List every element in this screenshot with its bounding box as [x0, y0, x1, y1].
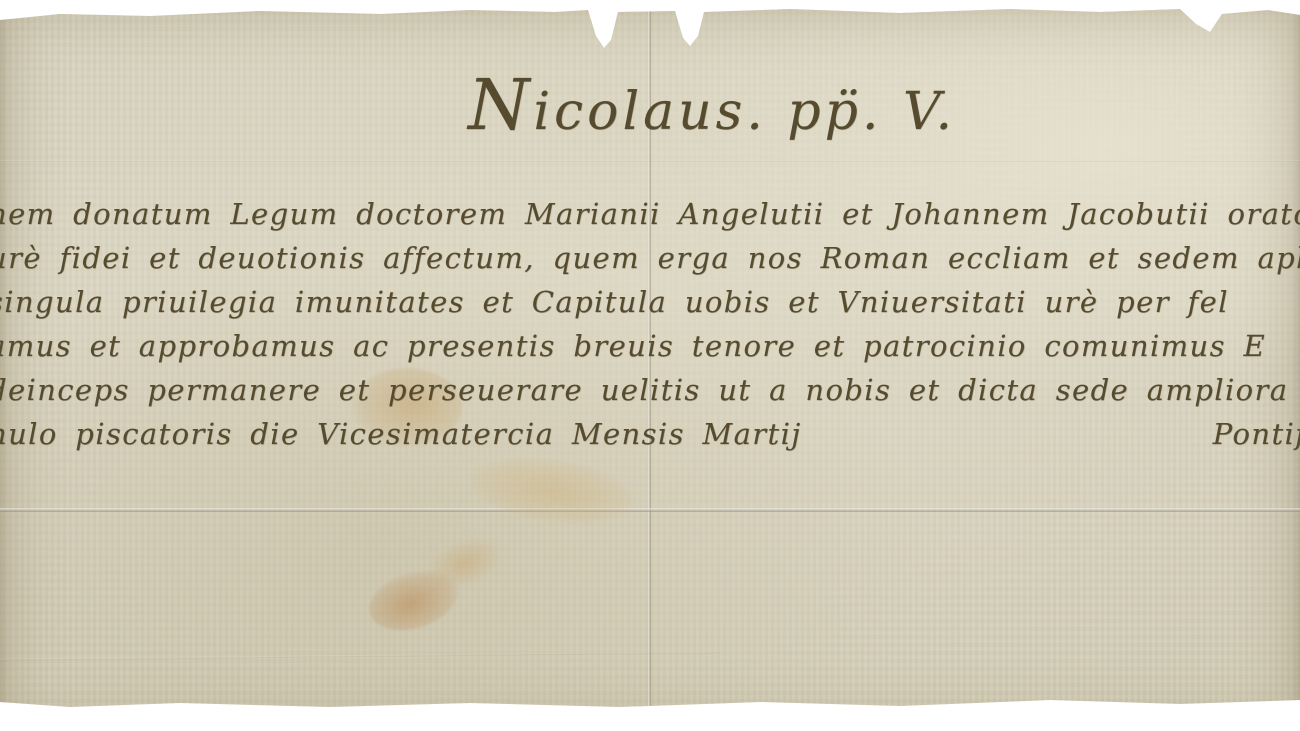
manuscript-date-line: nulo piscatoris die Vicesimatercia Mensi…	[0, 417, 1300, 451]
manuscript-line: nem donatum Legum doctorem Marianii Ange…	[0, 197, 1300, 231]
document-heading: Nicolaus. pp̈. V.	[468, 64, 956, 146]
manuscript-text: Nicolaus. pp̈. V. nem donatum Legum doct…	[0, 0, 1300, 731]
manuscript-line: amus et approbamus ac presentis breuis t…	[0, 329, 1300, 363]
parchment-sheet: Nicolaus. pp̈. V. nem donatum Legum doct…	[0, 0, 1300, 731]
manuscript-line: urè fidei et deuotionis affectum, quem e…	[0, 241, 1300, 275]
manuscript-photo: Nicolaus. pp̈. V. nem donatum Legum doct…	[0, 0, 1300, 731]
manuscript-pontificate-fragment: Pontifi	[1213, 417, 1300, 451]
manuscript-line: singula priuilegia imunitates et Capitul…	[0, 285, 1300, 319]
manuscript-line: deinceps permanere et perseuerare ueliti…	[0, 373, 1300, 407]
